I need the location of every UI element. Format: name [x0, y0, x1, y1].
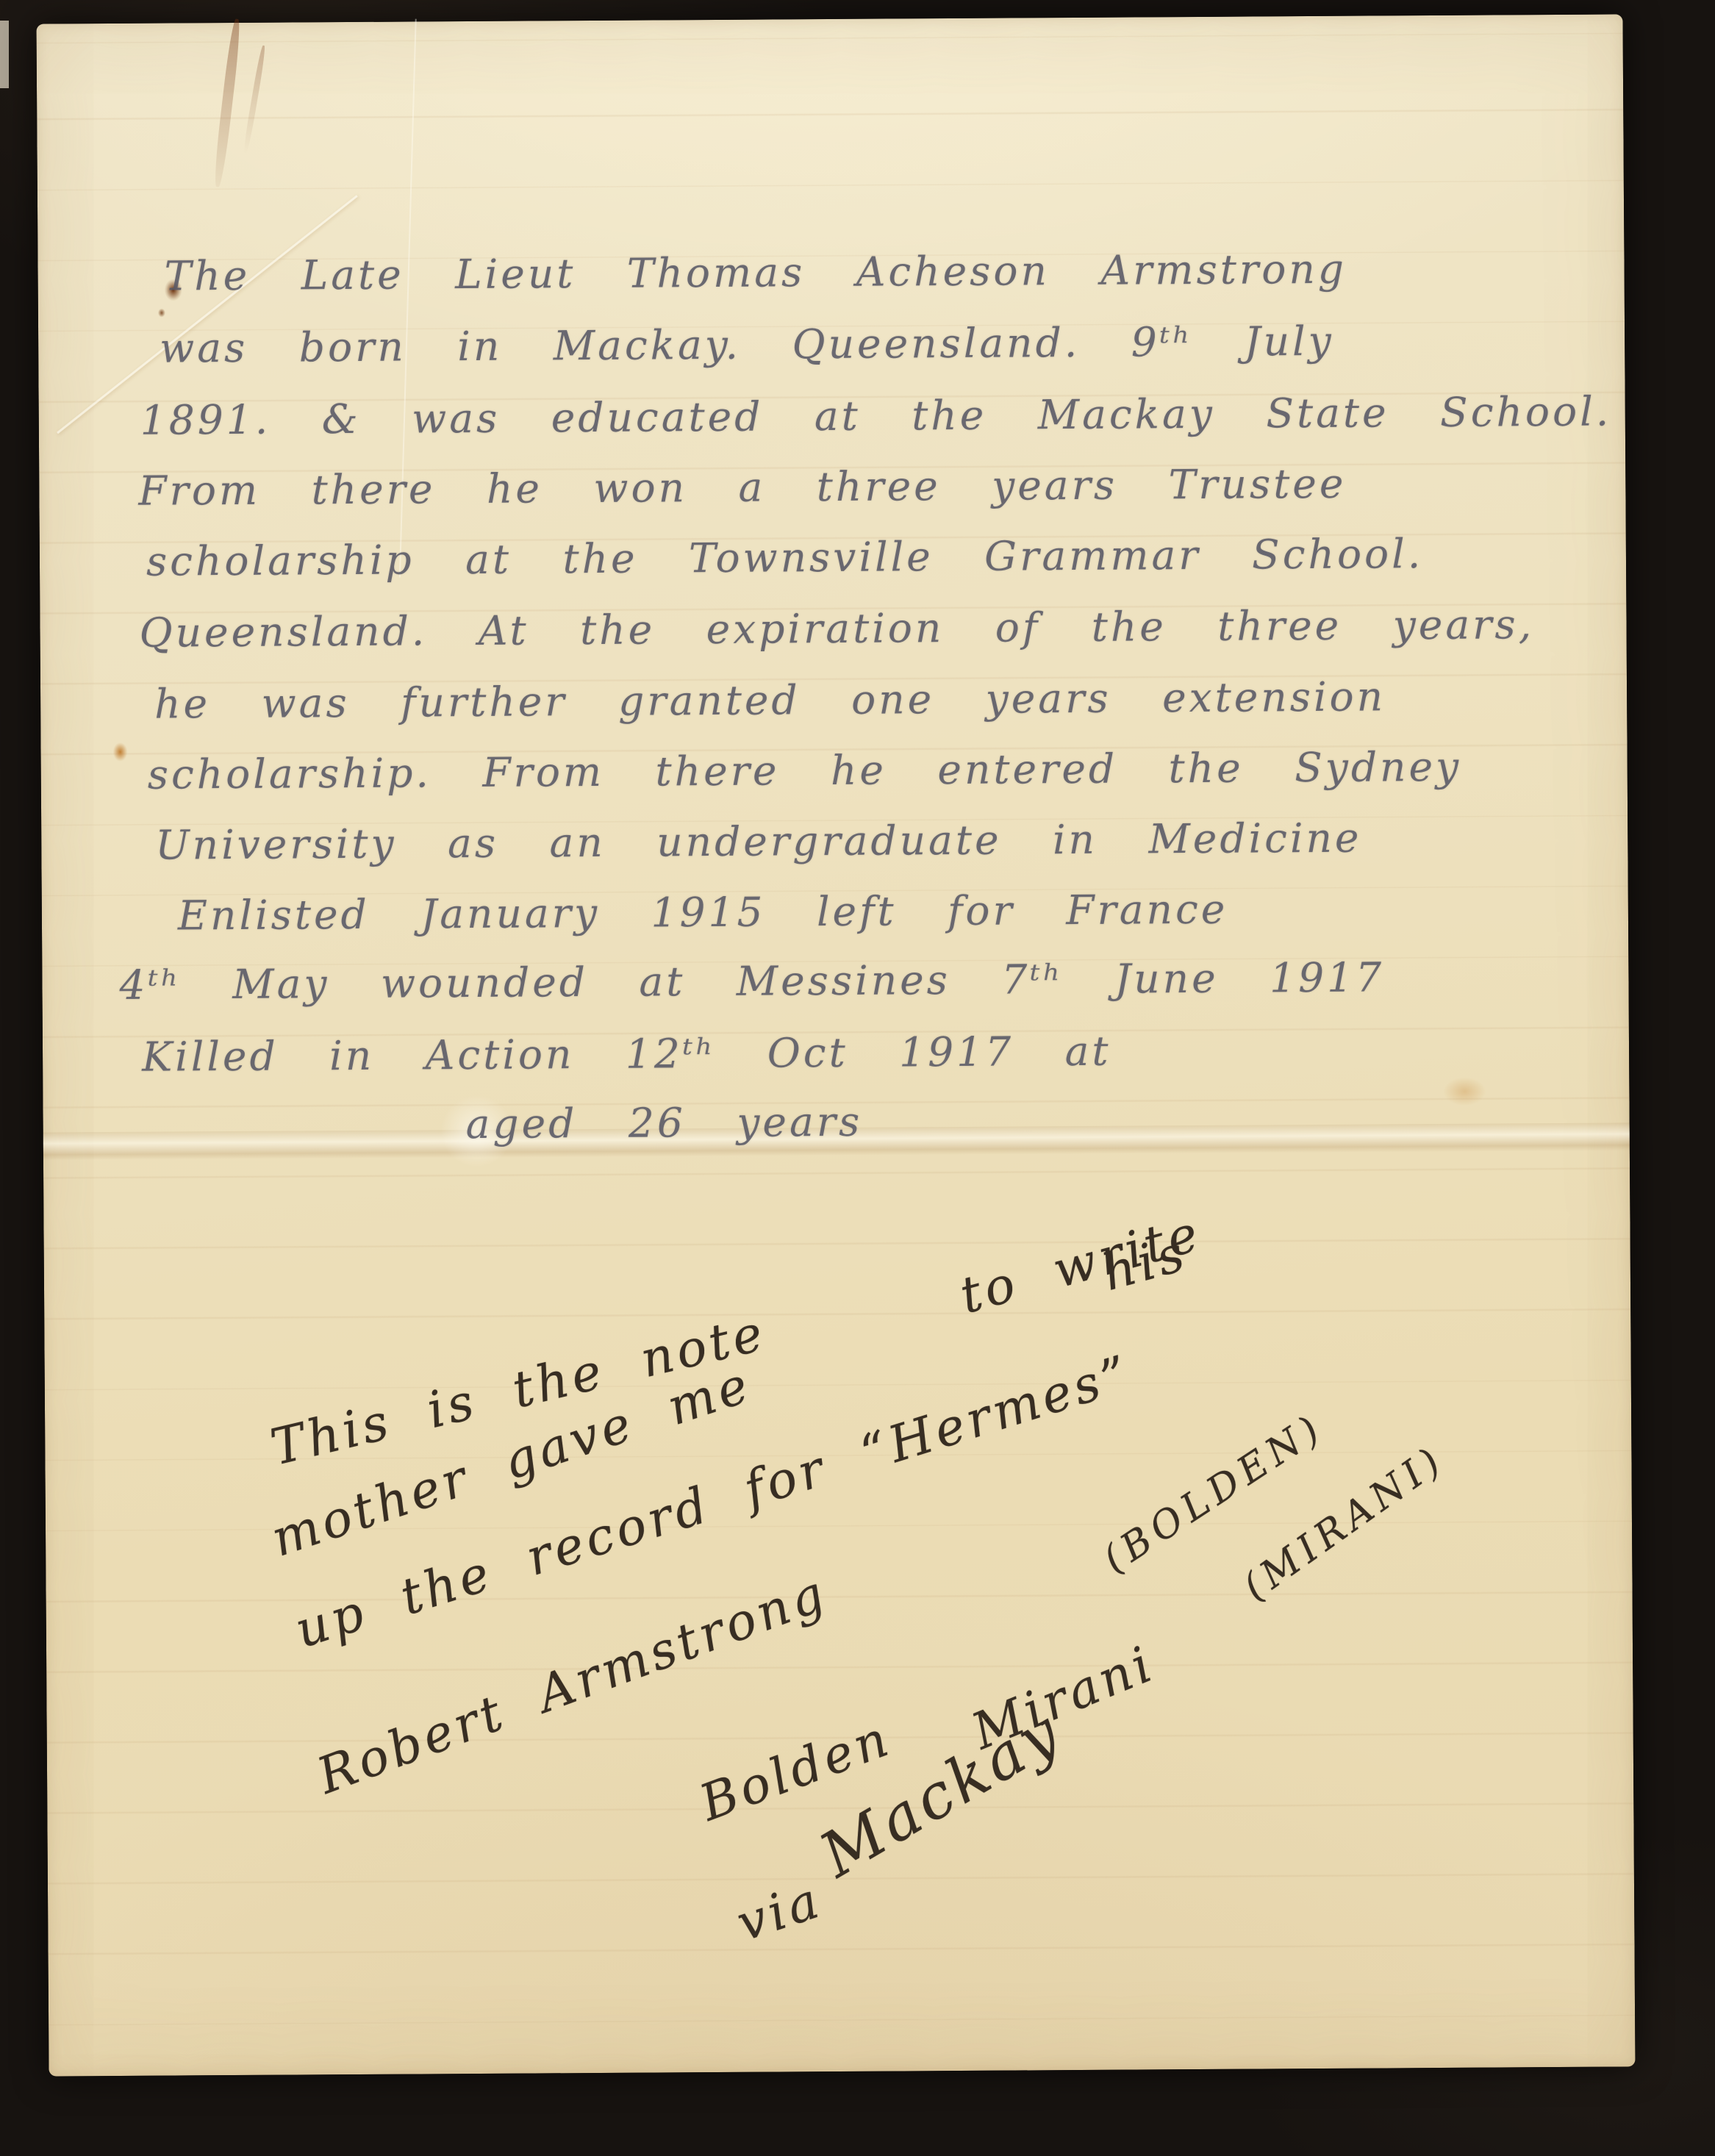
brown-stain-small	[158, 309, 165, 318]
orange-stain-dot	[112, 742, 127, 762]
pencil-line-enlisted: Enlisted January 1915 left for France	[178, 886, 1228, 939]
pencil-line-killed: Killed in Action 12ᵗʰ Oct 1917 at	[142, 1028, 1111, 1081]
pencil-line-university: University as an undergraduate in Medici…	[155, 814, 1362, 869]
pencil-line-educated: 1891. & was educated at the Mackay State…	[140, 388, 1612, 444]
ink-via: via	[730, 1871, 829, 1952]
pencil-line-aged: aged 26 years	[465, 1098, 862, 1147]
scan-edge-artifact	[0, 21, 9, 88]
pencil-line-won: From there he won a three years Trustee	[138, 460, 1346, 515]
pencil-line-born: was born in Mackay. Queensland. 9ᵗʰ July	[160, 318, 1334, 372]
edge-stain-streak-2	[243, 45, 267, 154]
pencil-line-scholarship: scholarship at the Townsville Grammar Sc…	[146, 530, 1424, 585]
edge-stain-streak	[212, 18, 243, 187]
orange-stain-smudge	[1436, 1072, 1493, 1111]
pencil-line-extension: he was further granted one years extensi…	[154, 673, 1386, 727]
ink-to-write: to write	[954, 1204, 1208, 1325]
pencil-line-expiration: Queensland. At the expiration of the thr…	[139, 601, 1534, 656]
pencil-line-title: The Late Lieut Thomas Acheson Armstrong	[164, 246, 1347, 300]
pencil-line-sydney: scholarship. From there he entered the S…	[148, 743, 1462, 798]
letter-paper: The Late Lieut Thomas Acheson Armstrong …	[36, 14, 1635, 2076]
pencil-line-wounded: 4ᵗʰ May wounded at Messines 7ᵗʰ June 191…	[119, 953, 1384, 1009]
